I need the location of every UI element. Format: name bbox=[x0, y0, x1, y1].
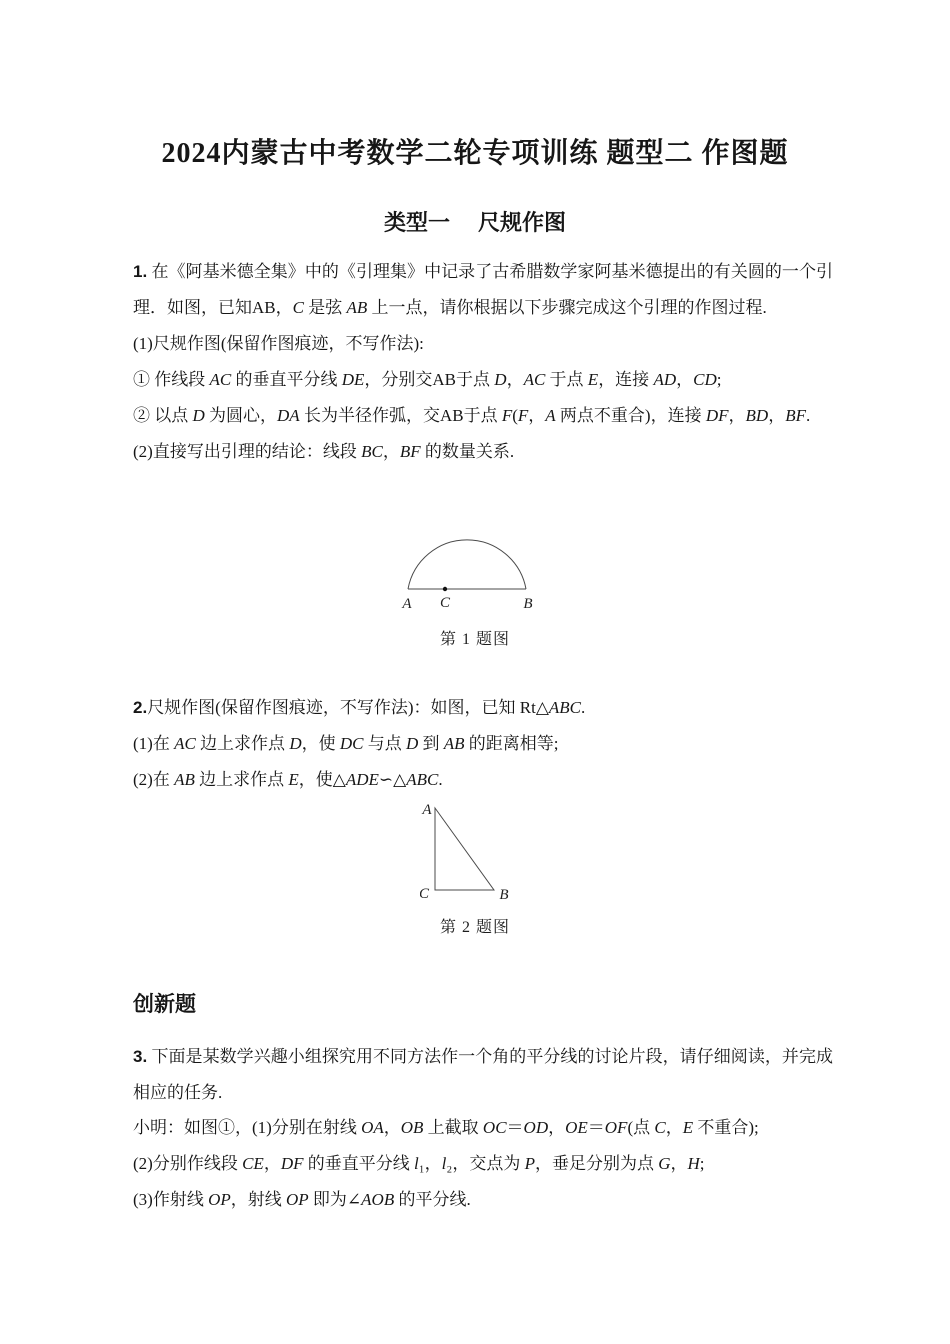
point-label-c: C bbox=[420, 886, 430, 902]
figure-1-caption: 第 1 题图 bbox=[0, 629, 950, 651]
innovation-section-heading: 创新题 bbox=[133, 990, 196, 1020]
problem-3-intro: 3. 下面是某数学兴趣小组探究用不同方法作一个角的平分线的讨论片段，请仔细阅读，… bbox=[133, 1039, 833, 1111]
point-c-dot bbox=[443, 587, 447, 591]
xiaoming-method-line: 小明：如图①，(1)分别在射线 OA，OB 上截取 OC＝OD，OE＝OF(点 … bbox=[133, 1110, 833, 1146]
worksheet-page: 2024内蒙古中考数学二轮专项训练 题型二 作图题 类型一 尺规作图 1. 在《… bbox=[0, 0, 950, 1344]
problem-1: 1. 在《阿基米德全集》中的《引理集》中记录了古希腊数学家阿基米德提出的有关圆的… bbox=[133, 254, 833, 470]
problem-1-construction-step-1: ① 作线段 AC 的垂直平分线 DE，分别交AB于点 D，AC 于点 E，连接 … bbox=[133, 362, 833, 398]
problem-1-construction-step-2: ② 以点 D 为圆心，DA 长为半径作弧，交AB于点 F(F，A 两点不重合)，… bbox=[133, 398, 833, 434]
problem-2: 2.尺规作图(保留作图痕迹，不写作法)：如图，已知 Rt△ABC. (1)在 A… bbox=[133, 690, 833, 798]
xiaoming-step-3: (3)作射线 OP，射线 OP 即为∠AOB 的平分线. bbox=[133, 1182, 833, 1218]
problem-2-part-2: (2)在 AB 边上求作点 E，使△ADE∽△ABC. bbox=[133, 762, 833, 798]
point-label-b: B bbox=[523, 596, 532, 612]
problem-1-part-1: (1)尺规作图(保留作图痕迹，不写作法): bbox=[133, 326, 833, 362]
problem-3-intro-block: 3. 下面是某数学兴趣小组探究用不同方法作一个角的平分线的讨论片段，请仔细阅读，… bbox=[133, 1039, 833, 1111]
xiaoming-step-2: (2)分别作线段 CE，DF 的垂直平分线 l₁，l₂，交点为 P，垂足分别为点… bbox=[133, 1146, 833, 1182]
figure-1-semicircle: A C B bbox=[400, 529, 550, 614]
point-label-b: B bbox=[499, 887, 508, 903]
section-title: 类型一 尺规作图 bbox=[0, 207, 950, 239]
figure-2-caption: 第 2 题图 bbox=[0, 917, 950, 939]
semicircle-arc bbox=[408, 540, 526, 589]
problem-2-part-1: (1)在 AC 边上求作点 D，使 DC 与点 D 到 AB 的距离相等; bbox=[133, 726, 833, 762]
triangle-outline bbox=[435, 808, 494, 890]
problem-1-intro: 1. 在《阿基米德全集》中的《引理集》中记录了古希腊数学家阿基米德提出的有关圆的… bbox=[133, 254, 833, 326]
figure-2: A C B 第 2 题图 bbox=[0, 800, 950, 939]
point-label-c: C bbox=[440, 595, 451, 611]
point-label-a: A bbox=[421, 802, 432, 818]
figure-2-right-triangle: A C B bbox=[420, 800, 530, 905]
point-label-a: A bbox=[401, 596, 412, 612]
problem-2-intro: 2.尺规作图(保留作图痕迹，不写作法)：如图，已知 Rt△ABC. bbox=[133, 690, 833, 726]
document-title: 2024内蒙古中考数学二轮专项训练 题型二 作图题 bbox=[0, 135, 950, 173]
figure-1: A C B 第 1 题图 bbox=[0, 529, 950, 651]
problem-1-part-2: (2)直接写出引理的结论：线段 BC，BF 的数量关系. bbox=[133, 434, 833, 470]
problem-3-method-block: 小明：如图①，(1)分别在射线 OA，OB 上截取 OC＝OD，OE＝OF(点 … bbox=[133, 1110, 833, 1218]
